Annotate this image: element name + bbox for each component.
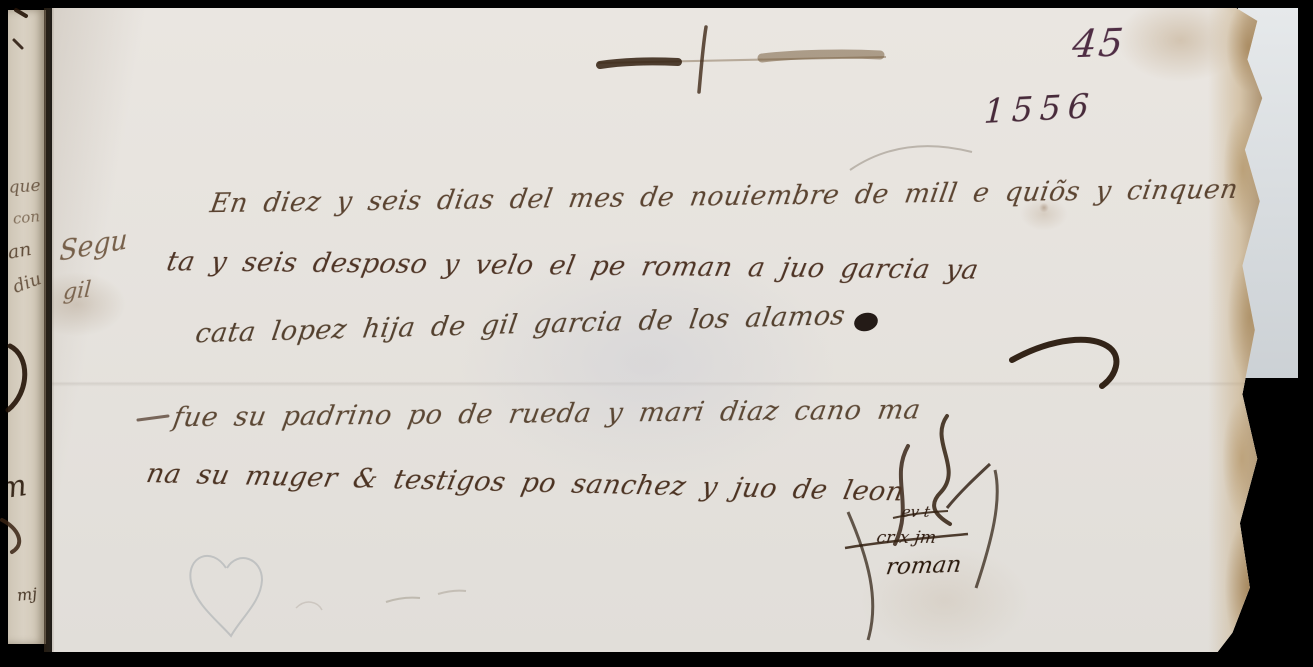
dash-before-line4: [138, 416, 168, 420]
signature-abbrev-1: ev t: [900, 503, 931, 521]
folio-number: 45: [1070, 20, 1127, 66]
cross-mark-horizontal-right: [762, 54, 880, 58]
faint-squiggle: [296, 602, 322, 610]
margin-note-line2: gil: [62, 277, 92, 305]
signature-abbrev-2: cr x jm: [875, 528, 937, 548]
cross-mark-vertical: [699, 27, 706, 92]
prev-page-top-mark2: [14, 40, 22, 48]
signature-rubric-diagonal: [947, 464, 990, 508]
cross-mark-horizontal-left: [600, 61, 678, 65]
heart-doodle-showthrough: [190, 556, 262, 636]
manuscript-photo: que con an diu m mj: [0, 0, 1313, 667]
signature-name: roman: [884, 551, 963, 580]
prev-page-top-mark: [16, 10, 26, 16]
alamos-flourish: [1012, 340, 1116, 386]
prev-page-curl: [2, 520, 19, 552]
faint-dash1: [386, 598, 420, 602]
faint-pencil-curve: [850, 146, 972, 170]
ink-blot: [852, 310, 880, 334]
prev-page-flourish: [8, 346, 25, 410]
signature-rubric-left-flourish: [848, 512, 873, 640]
faint-dash2: [438, 591, 466, 594]
year-annotation: 1556: [983, 86, 1097, 131]
signature-rubric-right-flourish: [976, 470, 997, 588]
